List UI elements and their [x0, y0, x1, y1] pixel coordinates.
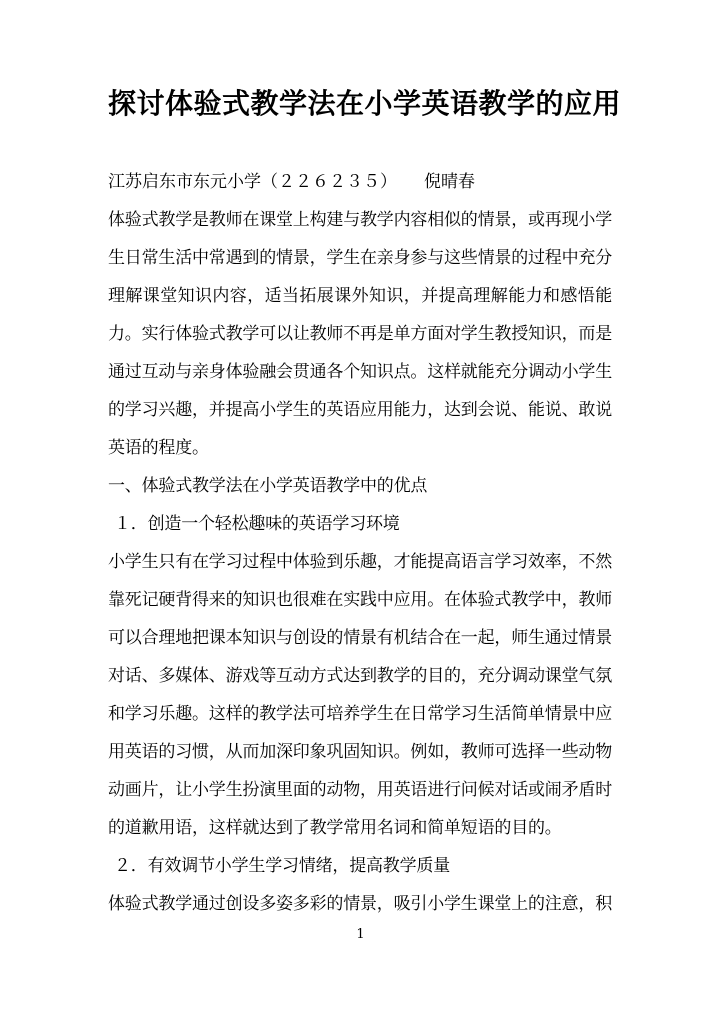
document-page: 探讨体验式教学法在小学英语教学的应用 江苏启东市东元小学（２２６２３５）倪晴春 … [0, 0, 721, 1020]
subsection-heading-environment: １．创造一个轻松趣味的英语学习环境 [108, 505, 612, 543]
document-title: 探讨体验式教学法在小学英语教学的应用 [108, 84, 612, 124]
body-paragraph-environment: 小学生只有在学习过程中体验到乐趣，才能提高语言学习效率，不然靠死记硬背得来的知识… [108, 543, 612, 847]
byline: 江苏启东市东元小学（２２６２３５）倪晴春 [108, 163, 612, 201]
body-paragraph-mood: 体验式教学通过创设多姿多彩的情景，吸引小学生课堂上的注意，积 [108, 885, 612, 923]
document-content: 探讨体验式教学法在小学英语教学的应用 江苏启东市东元小学（２２６２３５）倪晴春 … [108, 0, 612, 923]
body-paragraph-intro: 体验式教学是教师在课堂上构建与教学内容相似的情景，或再现小学生日常生活中常遇到的… [108, 201, 612, 467]
section-heading-advantages: 一、体验式教学法在小学英语教学中的优点 [108, 467, 612, 505]
byline-affiliation: 江苏启东市东元小学（２２６２３５） [108, 172, 397, 192]
page-number: 1 [0, 925, 721, 945]
subsection-heading-mood: ２．有效调节小学生学习情绪，提高教学质量 [108, 847, 612, 885]
byline-author: 倪晴春 [424, 172, 475, 192]
